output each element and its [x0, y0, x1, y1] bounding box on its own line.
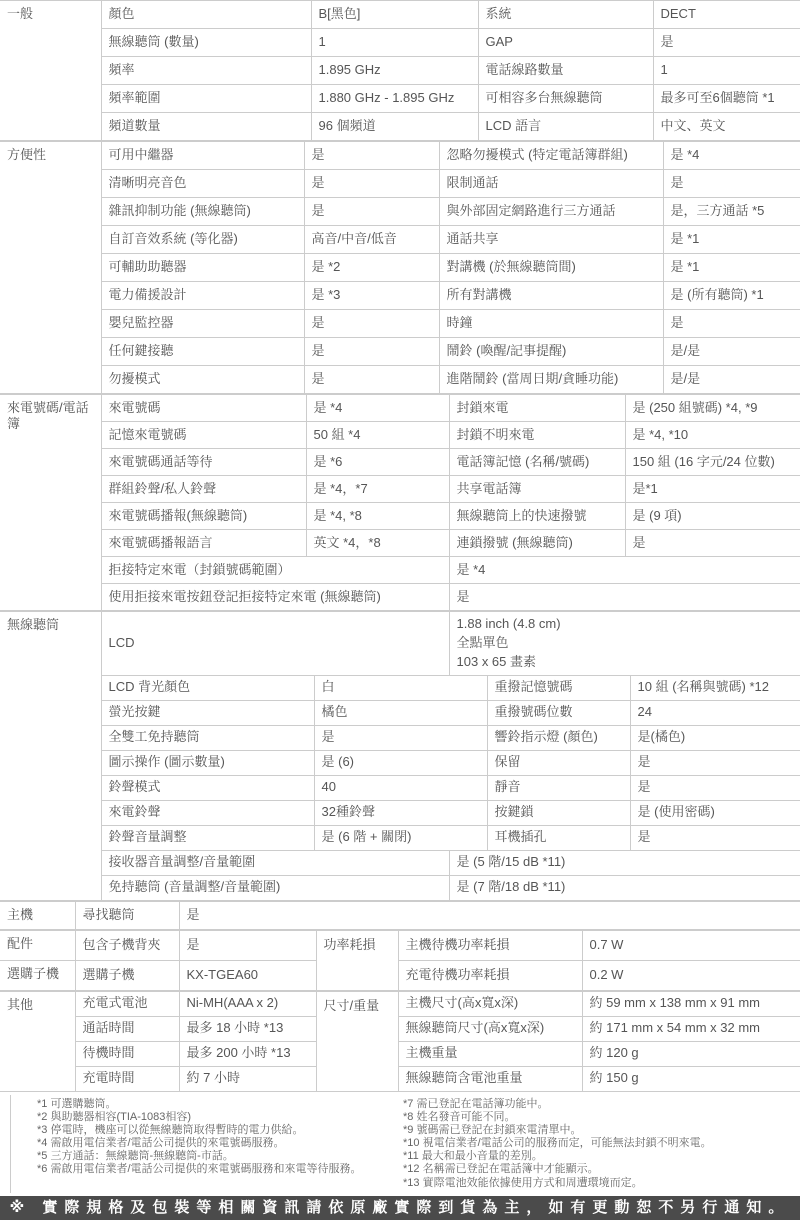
spec-cell: 鈴聲音量調整	[101, 825, 314, 850]
spec-cell: 是	[625, 530, 800, 557]
spec-cell: 來電鈴聲	[101, 800, 314, 825]
spec-cell: 約 150 g	[582, 1066, 800, 1091]
spec-cell: 32種鈴聲	[314, 800, 487, 825]
spec-cell: 是/是	[663, 366, 800, 394]
spec-cell: 是 (6 階 + 關閉)	[314, 825, 487, 850]
spec-cell: LCD	[101, 612, 449, 676]
spec-cell: 無線聽筒上的快速撥號	[449, 503, 625, 530]
spec-cell: 靜音	[487, 775, 630, 800]
spec-cell: 電力備援設計	[101, 282, 304, 310]
spec-cell: 系統	[478, 1, 653, 29]
spec-section-convenience: 方便性可用中繼器是忽略勿擾模式 (特定電話簿群組)是 *4清晰明亮音色是限制通話…	[0, 141, 800, 394]
spec-cell: 是	[663, 310, 800, 338]
spec-cell: 約 59 mm x 138 mm x 91 mm	[582, 991, 800, 1016]
spec-cell: 是	[663, 170, 800, 198]
spec-cell: 是，三方通話 *5	[663, 198, 800, 226]
spec-section-general: 一般顏色B[黑色]系統DECT無線聽筒 (數量)1GAP是頻率1.895 GHz…	[0, 0, 800, 141]
spec-cell: 是 *1	[663, 254, 800, 282]
spec-cell: 耳機插孔	[487, 825, 630, 850]
footnote-item: *11 最大和最小音量的差別。	[393, 1150, 800, 1163]
spec-cell: 群組鈴聲/私人鈴聲	[101, 476, 306, 503]
spec-cell: 10 組 (名稱與號碼) *12	[630, 675, 800, 700]
spec-cell: 是 *2	[304, 254, 439, 282]
spec-cell: 是	[449, 584, 800, 611]
spec-cell: 是*1	[625, 476, 800, 503]
spec-cell: 包含子機背夾	[75, 930, 179, 960]
spec-cell: 是 *4	[449, 557, 800, 584]
spec-cell: 150 組 (16 字元/24 位數)	[625, 449, 800, 476]
spec-cell: 白	[314, 675, 487, 700]
page: 一般顏色B[黑色]系統DECT無線聽筒 (數量)1GAP是頻率1.895 GHz…	[0, 0, 800, 1220]
spec-cell: 無線聽筒尺寸(高x寬x深)	[398, 1016, 582, 1041]
spec-cell: 清晰明亮音色	[101, 170, 304, 198]
spec-cell: 圖示操作 (圖示數量)	[101, 750, 314, 775]
spec-cell: 充電式電池	[75, 991, 179, 1016]
spec-cell: 重撥記憶號碼	[487, 675, 630, 700]
spec-cell: 無線聽筒 (數量)	[101, 29, 311, 57]
spec-cell: 1.895 GHz	[311, 57, 478, 85]
footnote-item: *13 實際電池效能依據使用方式和周遭環境而定。	[393, 1177, 800, 1190]
spec-cell: 重撥號碼位數	[487, 700, 630, 725]
spec-cell: 對講機 (於無線聽筒間)	[439, 254, 663, 282]
spec-cell: 螢光按鍵	[101, 700, 314, 725]
spec-cell: 是	[179, 930, 316, 960]
footnotes: *1 可選購聽筒。*2 與助聽器相容(TIA-1083相容)*3 停電時，機座可…	[10, 1095, 800, 1193]
spec-table: 一般顏色B[黑色]系統DECT無線聽筒 (數量)1GAP是頻率1.895 GHz…	[0, 0, 800, 1092]
spec-cell: 是 (所有聽筒) *1	[663, 282, 800, 310]
spec-cell: 功率耗損	[316, 930, 398, 990]
spec-cell: 是 *6	[306, 449, 449, 476]
spec-cell: 尺寸/重量	[316, 991, 398, 1091]
spec-cell: 限制通話	[439, 170, 663, 198]
spec-cell: 是 (7 階/18 dB *11)	[449, 875, 800, 900]
spec-cell: 是 *4, *10	[625, 422, 800, 449]
spec-cell: 主機待機功率耗損	[398, 930, 582, 960]
spec-cell: B[黑色]	[311, 1, 478, 29]
spec-cell: 是/是	[663, 338, 800, 366]
spec-cell: 記憶來電號碼	[101, 422, 306, 449]
spec-category-cell: 主機	[0, 901, 75, 929]
spec-section-others: 其他充電式電池Ni-MH(AAA x 2)尺寸/重量主機尺寸(高x寬x深)約 5…	[0, 991, 800, 1092]
spec-cell: 勿擾模式	[101, 366, 304, 394]
spec-cell: 鈴聲模式	[101, 775, 314, 800]
spec-cell: 是	[179, 901, 800, 929]
footnote-item: *7 需已登記在電話簿功能中。	[393, 1098, 800, 1111]
spec-cell: 通話共享	[439, 226, 663, 254]
spec-cell: 自訂音效系統 (等化器)	[101, 226, 304, 254]
spec-cell: 是	[630, 750, 800, 775]
spec-cell: 是 (6)	[314, 750, 487, 775]
spec-cell: 0.7 W	[582, 930, 800, 960]
spec-cell: 嬰兒監控器	[101, 310, 304, 338]
spec-cell: 高音/中音/低音	[304, 226, 439, 254]
spec-cell: 是	[653, 29, 800, 57]
spec-category-cell: 其他	[0, 991, 75, 1091]
spec-cell: 來電號碼通話等待	[101, 449, 306, 476]
spec-cell: 無線聽筒含電池重量	[398, 1066, 582, 1091]
spec-cell: 0.2 W	[582, 960, 800, 990]
spec-cell: 是 *1	[663, 226, 800, 254]
footnote-item: *6 需啟用電信業者/電話公司提供的來電號碼服務和來電等待服務。	[27, 1163, 373, 1176]
spec-cell: 最多 200 小時 *13	[179, 1041, 316, 1066]
spec-cell: 使用拒接來電按鈕登記拒接特定來電 (無線聽筒)	[101, 584, 449, 611]
spec-cell: 是	[304, 198, 439, 226]
spec-cell: 1	[311, 29, 478, 57]
spec-category-cell: 無線聽筒	[0, 612, 101, 901]
notice-bar: ※ 實際規格及包裝等相關資訊請依原廠實際到貨為主，如有更動恕不另行通知。	[0, 1196, 800, 1220]
spec-cell: 通話時間	[75, 1016, 179, 1041]
spec-cell: 鬧鈴 (喚醒/記事提醒)	[439, 338, 663, 366]
spec-cell: 來電號碼播報(無線聽筒)	[101, 503, 306, 530]
footnote-item: *5 三方通話：無線聽筒-無線聽筒-市話。	[27, 1150, 373, 1163]
spec-cell: 約 171 mm x 54 mm x 32 mm	[582, 1016, 800, 1041]
spec-cell: 共享電話簿	[449, 476, 625, 503]
spec-cell: 頻率範圍	[101, 85, 311, 113]
spec-cell: 可相容多台無線聽筒	[478, 85, 653, 113]
spec-cell: 約 7 小時	[179, 1066, 316, 1091]
spec-cell: 是 *3	[304, 282, 439, 310]
spec-cell: 可輔助助聽器	[101, 254, 304, 282]
spec-cell: 是 (9 項)	[625, 503, 800, 530]
spec-cell: KX-TGEA60	[179, 960, 316, 990]
spec-cell: 所有對講機	[439, 282, 663, 310]
footnote-column-right: *7 需已登記在電話簿功能中。*8 姓名發音可能不同。*9 號碼需已登記在封鎖來…	[373, 1098, 800, 1190]
spec-cell: 保留	[487, 750, 630, 775]
spec-category-cell: 選購子機	[0, 960, 75, 990]
spec-cell: 電話線路數量	[478, 57, 653, 85]
spec-cell: 中文、英文	[653, 113, 800, 141]
spec-category-cell: 方便性	[0, 142, 101, 394]
spec-cell: 與外部固定網路進行三方通話	[439, 198, 663, 226]
footnote-column-left: *1 可選購聽筒。*2 與助聽器相容(TIA-1083相容)*3 停電時，機座可…	[27, 1098, 373, 1190]
spec-cell: 按鍵鎖	[487, 800, 630, 825]
spec-category-cell: 一般	[0, 1, 101, 141]
footnote-item: *10 視電信業者/電話公司的服務而定，可能無法封鎖不明來電。	[393, 1137, 800, 1150]
spec-cell: 顏色	[101, 1, 311, 29]
spec-cell: 是 *4，*7	[306, 476, 449, 503]
spec-cell: 主機重量	[398, 1041, 582, 1066]
spec-category-cell: 來電號碼/電話簿	[0, 395, 101, 611]
spec-cell: 進階鬧鈴 (當周日期/貪睡功能)	[439, 366, 663, 394]
spec-cell: 來電號碼播報語言	[101, 530, 306, 557]
spec-cell: 40	[314, 775, 487, 800]
spec-cell: 頻率	[101, 57, 311, 85]
spec-cell: 是	[304, 310, 439, 338]
spec-cell: 選購子機	[75, 960, 179, 990]
spec-cell: 英文 *4，*8	[306, 530, 449, 557]
footnote-item: *2 與助聽器相容(TIA-1083相容)	[27, 1111, 373, 1124]
spec-cell: 是 (使用密碼)	[630, 800, 800, 825]
spec-cell: 是 *4, *8	[306, 503, 449, 530]
footnote-item: *12 名稱需已登記在電話簿中才能顯示。	[393, 1163, 800, 1176]
spec-cell: 全雙工免持聽筒	[101, 725, 314, 750]
spec-cell: 是	[304, 142, 439, 170]
spec-cell: 24	[630, 700, 800, 725]
spec-section-accessories-optional-handset: 配件包含子機背夾是功率耗損主機待機功率耗損0.7 W選購子機選購子機KX-TGE…	[0, 930, 800, 991]
footnote-item: *9 號碼需已登記在封鎖來電清單中。	[393, 1124, 800, 1137]
spec-cell: 橘色	[314, 700, 487, 725]
spec-cell: 主機尺寸(高x寬x深)	[398, 991, 582, 1016]
spec-cell: 是	[630, 775, 800, 800]
spec-cell: 最多可至6個聽筒 *1	[653, 85, 800, 113]
spec-cell: 96 個頻道	[311, 113, 478, 141]
footnote-item: *4 需啟用電信業者/電話公司提供的來電號碼服務。	[27, 1137, 373, 1150]
footnote-item: *8 姓名發音可能不同。	[393, 1111, 800, 1124]
spec-cell: 是 *4	[306, 395, 449, 422]
spec-cell: 封鎖不明來電	[449, 422, 625, 449]
spec-section-handset: 無線聽筒LCD1.88 inch (4.8 cm) 全點單色 103 x 65 …	[0, 611, 800, 901]
spec-cell: 是 (250 組號碼) *4, *9	[625, 395, 800, 422]
spec-cell: 拒接特定來電（封鎖號碼範圍）	[101, 557, 449, 584]
footnote-item: *3 停電時，機座可以從無線聽筒取得暫時的電力供給。	[27, 1124, 373, 1137]
spec-cell: 是	[314, 725, 487, 750]
spec-cell: 忽略勿擾模式 (特定電話簿群組)	[439, 142, 663, 170]
spec-cell: 頻道數量	[101, 113, 311, 141]
spec-cell: LCD 語言	[478, 113, 653, 141]
spec-cell: LCD 背光顏色	[101, 675, 314, 700]
spec-section-base-unit: 主機尋找聽筒是	[0, 901, 800, 930]
spec-cell: 充電待機功率耗損	[398, 960, 582, 990]
spec-cell: 任何鍵接聽	[101, 338, 304, 366]
spec-cell: 時鐘	[439, 310, 663, 338]
spec-cell: GAP	[478, 29, 653, 57]
spec-cell: 是 *4	[663, 142, 800, 170]
spec-cell: 免持聽筒 (音量調整/音量範圍)	[101, 875, 449, 900]
spec-cell: 是 (5 階/15 dB *11)	[449, 850, 800, 875]
spec-cell: 是	[304, 338, 439, 366]
spec-cell: 響鈴指示燈 (顏色)	[487, 725, 630, 750]
spec-cell: 是	[304, 170, 439, 198]
spec-cell: 約 120 g	[582, 1041, 800, 1066]
spec-cell: 可用中繼器	[101, 142, 304, 170]
spec-cell: 是(橘色)	[630, 725, 800, 750]
spec-cell: 是	[304, 366, 439, 394]
spec-section-caller-id-phonebook: 來電號碼/電話簿來電號碼是 *4封鎖來電是 (250 組號碼) *4, *9記憶…	[0, 394, 800, 611]
spec-cell: 雜訊抑制功能 (無線聽筒)	[101, 198, 304, 226]
spec-cell: 1	[653, 57, 800, 85]
spec-cell: DECT	[653, 1, 800, 29]
spec-cell: 待機時間	[75, 1041, 179, 1066]
spec-cell: 連鎖撥號 (無線聽筒)	[449, 530, 625, 557]
spec-cell: 充電時間	[75, 1066, 179, 1091]
spec-cell: 來電號碼	[101, 395, 306, 422]
spec-cell: Ni-MH(AAA x 2)	[179, 991, 316, 1016]
spec-cell: 50 組 *4	[306, 422, 449, 449]
spec-cell: 封鎖來電	[449, 395, 625, 422]
spec-cell: 1.880 GHz - 1.895 GHz	[311, 85, 478, 113]
spec-cell: 1.88 inch (4.8 cm) 全點單色 103 x 65 畫素	[449, 612, 800, 676]
spec-cell: 是	[630, 825, 800, 850]
spec-cell: 電話簿記憶 (名稱/號碼)	[449, 449, 625, 476]
footnote-item: *1 可選購聽筒。	[27, 1098, 373, 1111]
spec-cell: 最多 18 小時 *13	[179, 1016, 316, 1041]
spec-category-cell: 配件	[0, 930, 75, 960]
spec-cell: 尋找聽筒	[75, 901, 179, 929]
spec-cell: 接收器音量調整/音量範圍	[101, 850, 449, 875]
